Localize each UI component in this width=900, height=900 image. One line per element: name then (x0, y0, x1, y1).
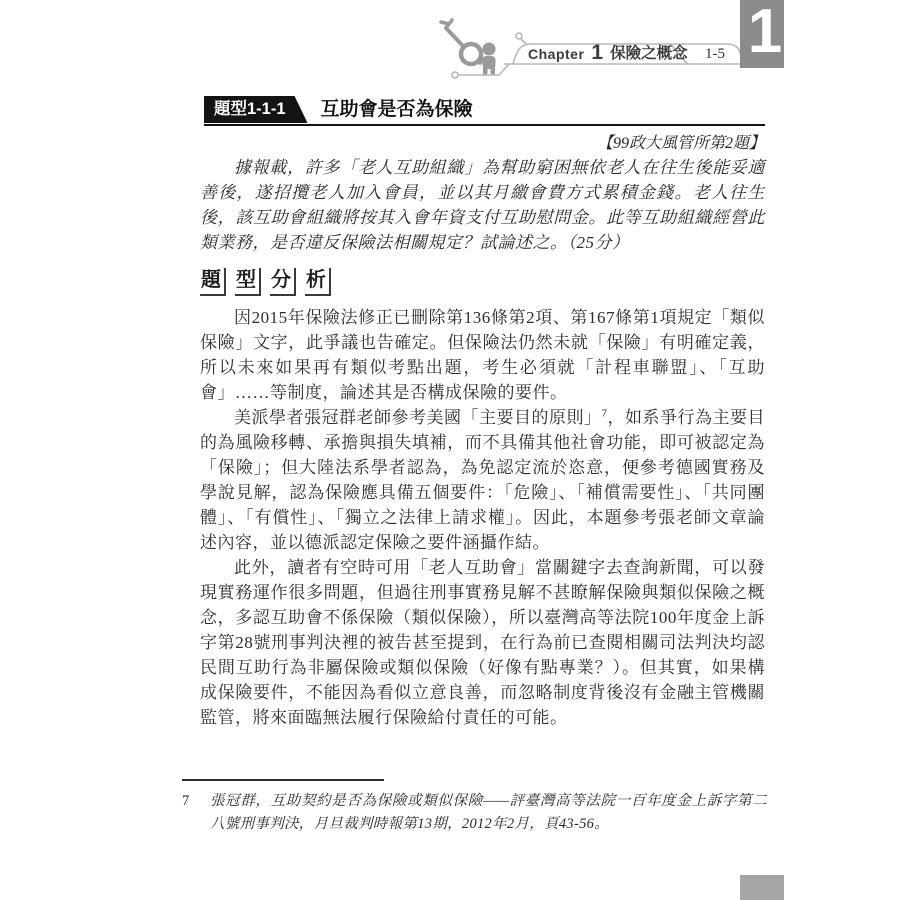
question-title-row: 題型1-1-1 互助會是否為保險 (204, 96, 765, 126)
analysis-paragraph: 因2015年保險法修正已刪除第136條第2項、第167條第1項規定「類似保險」文… (200, 305, 765, 405)
footnote-area: 7 張冠群，互助契約是否為保險或類似保險——評臺灣高等法院一百年度金上訴字第二八… (182, 779, 767, 836)
analysis-paragraph: 美派學者張冠群老師參考美國「主要目的原則」7，如系爭行為主要目的為風險移轉、承擔… (200, 405, 765, 555)
footer-corner-block (740, 875, 784, 900)
main-content: 題型1-1-1 互助會是否為保險 【99政大風管所第2題】 據報載，許多「老人互… (200, 96, 765, 730)
chapter-number: 1 (591, 43, 603, 63)
footnote: 7 張冠群，互助契約是否為保險或類似保險——評臺灣高等法院一百年度金上訴字第二八… (182, 790, 767, 836)
book-page: { "header": { "chapter_label": "Chapter"… (0, 0, 900, 900)
chapter-corner-tab: 1 (740, 0, 784, 68)
chapter-label: Chapter (528, 45, 584, 63)
analysis-heading-char: 分 (270, 268, 296, 296)
question-type-badge: 題型1-1-1 (204, 96, 308, 123)
footnote-number: 7 (182, 790, 210, 836)
corner-tab-number: 1 (746, 0, 784, 64)
analysis-heading: 題 型 分 析 (200, 268, 765, 298)
analysis-paragraph: 此外，讀者有空時可用「老人互助會」當關鍵字去查詢新聞，可以發現實務運作很多問題，… (200, 555, 765, 730)
analysis-paragraph-text: 美派學者張冠群老師參考美國「主要目的原則」 (234, 408, 602, 427)
chapter-title: 保險之概念 (610, 44, 688, 63)
question-text: 據報載，許多「老人互助組織」為幫助窮困無依老人在往生後能妥適善後，遂招攬老人加入… (200, 155, 765, 255)
question-title: 互助會是否為保險 (321, 97, 473, 123)
exam-source: 【99政大風管所第2題】 (200, 133, 765, 155)
figure-key-icon (441, 20, 496, 75)
footnote-text: 張冠群，互助契約是否為保險或類似保險——評臺灣高等法院一百年度金上訴字第二八號刑… (210, 790, 767, 836)
analysis-paragraph-text: ，如系爭行為主要目的為風險移轉、承擔與損失填補，而不具備其他社會功能，即可被認定… (200, 408, 765, 552)
chapter-tab: Chapter 1 保險之概念 (528, 41, 688, 63)
analysis-heading-char: 析 (305, 268, 331, 296)
page-number: 1-5 (694, 45, 736, 63)
analysis-heading-char: 型 (235, 268, 261, 296)
footnote-separator (182, 779, 384, 781)
analysis-heading-char: 題 (200, 268, 226, 296)
